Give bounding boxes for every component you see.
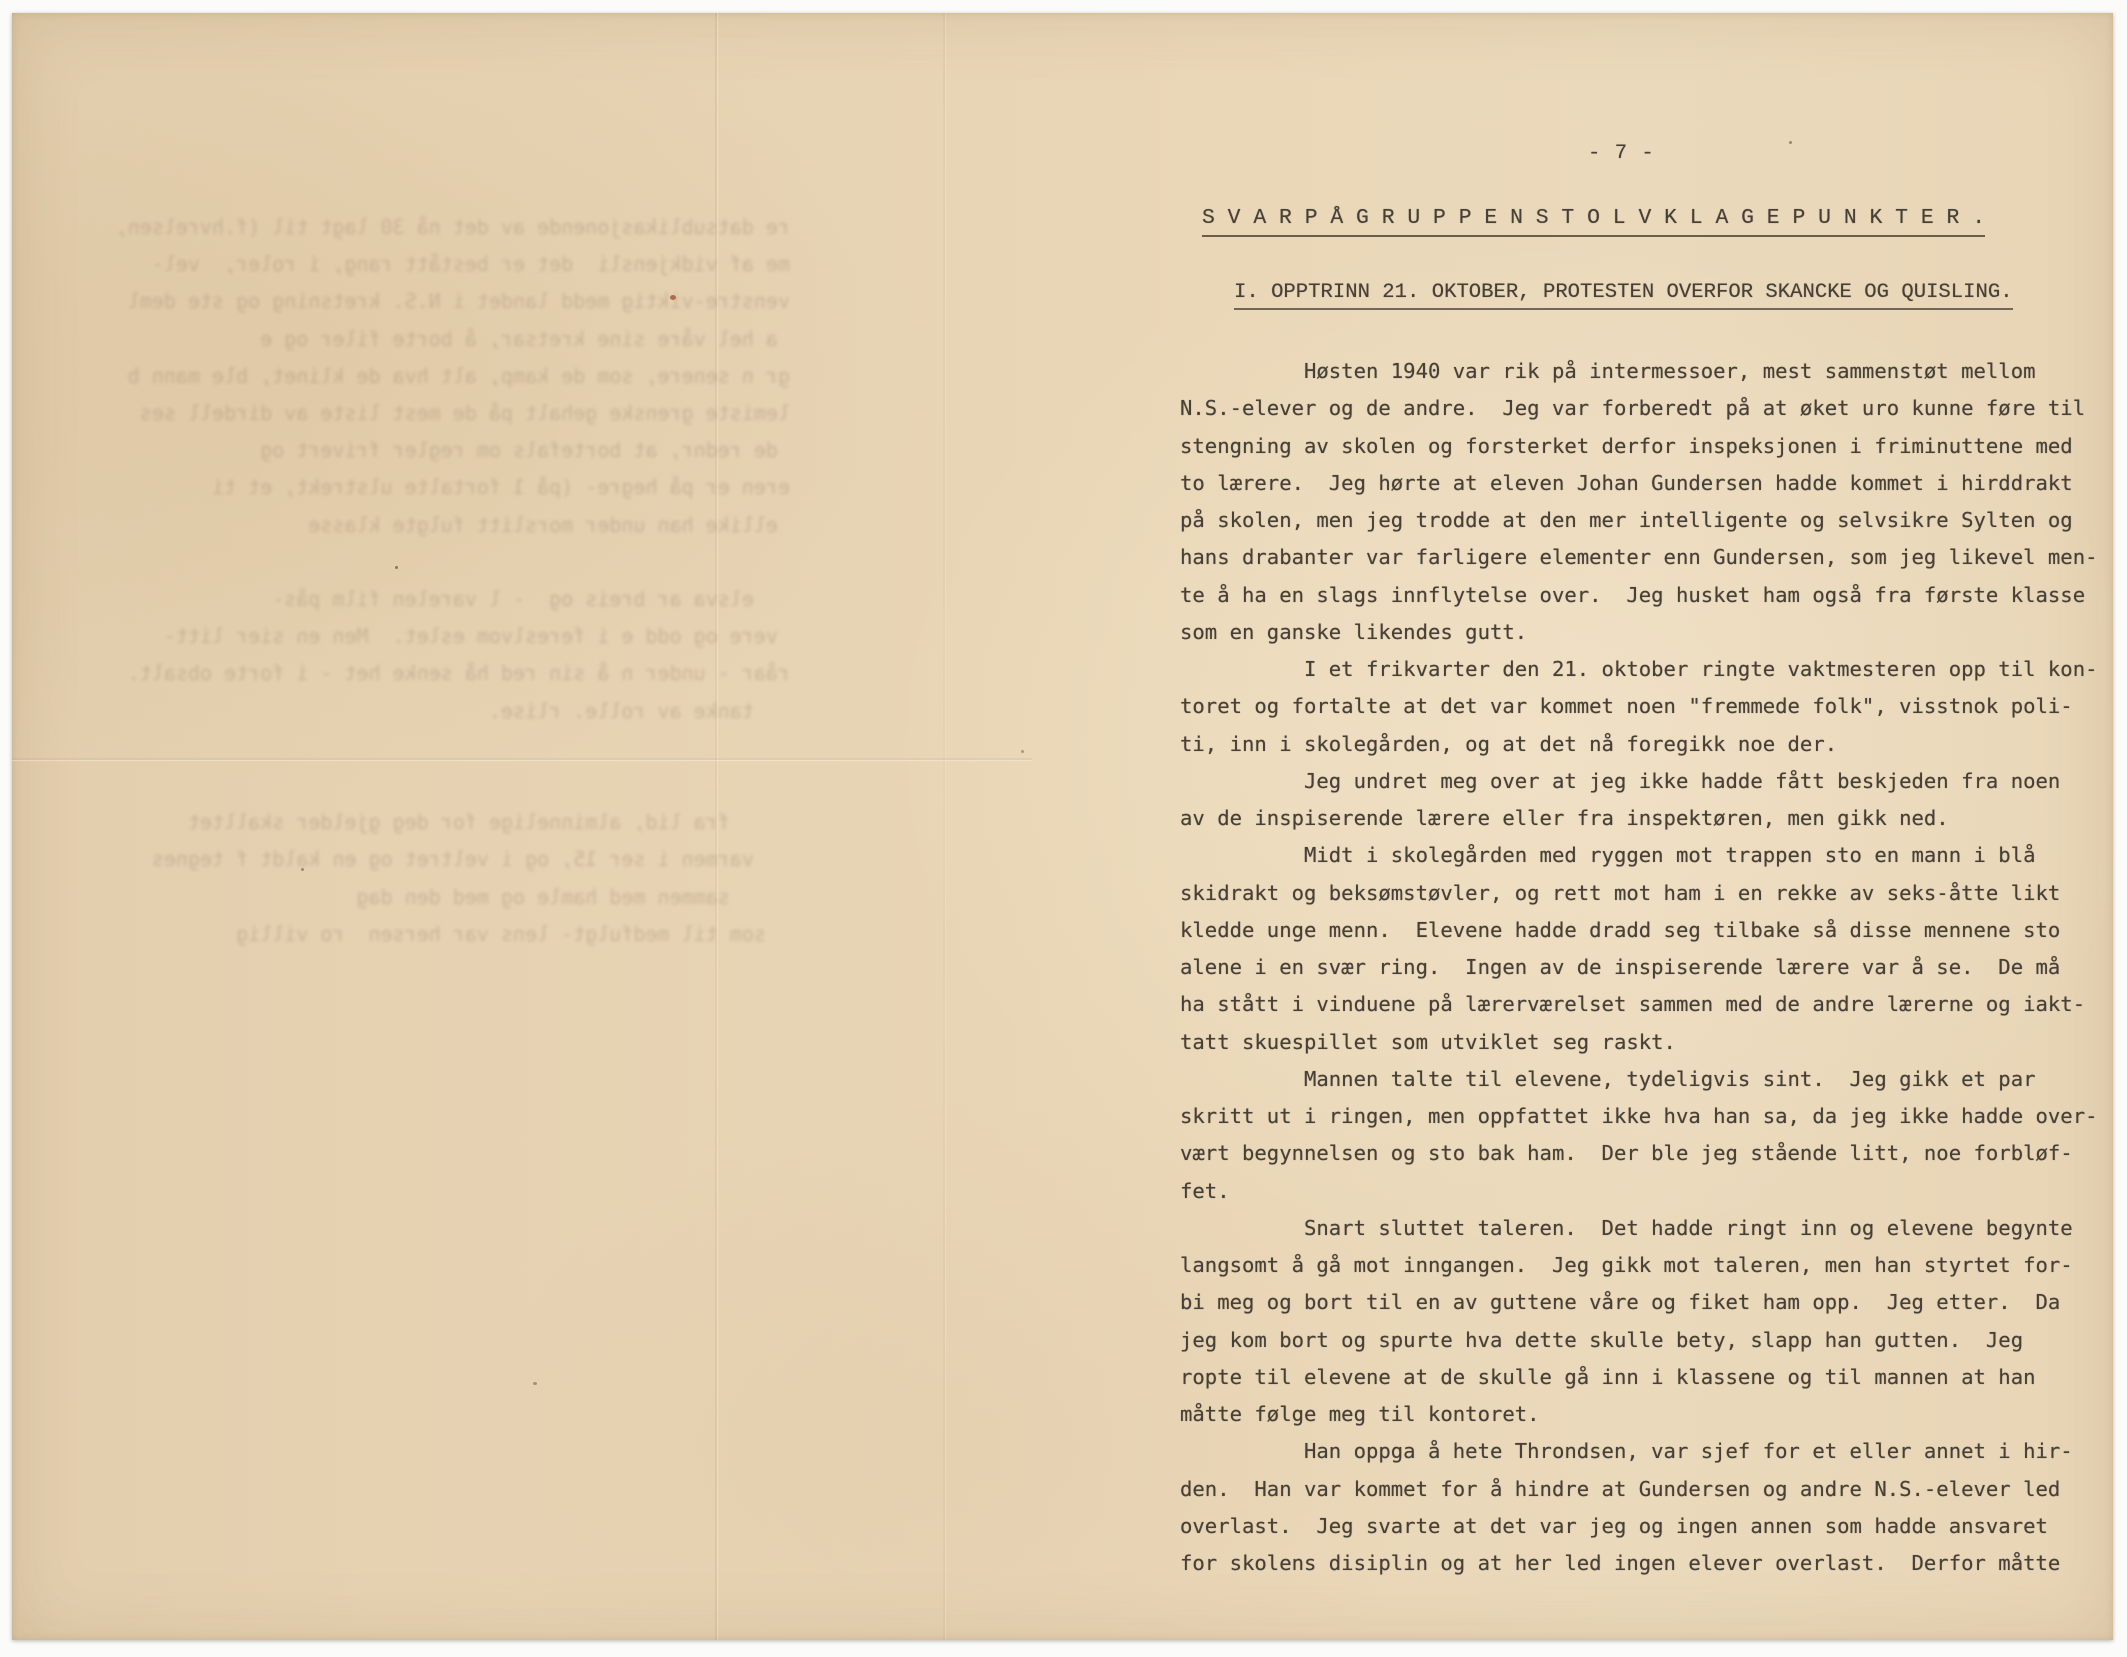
paper-stain: [670, 295, 676, 300]
vertical-crease: [943, 13, 945, 1640]
section-heading: I. OPPTRINN 21. OKTOBER, PROTESTEN OVERF…: [1234, 281, 2013, 310]
paper-speck: [301, 868, 304, 871]
page-number: - 7 -: [1588, 142, 1655, 165]
paper-speck: [1021, 750, 1024, 753]
bleedthrough-text: re datsublikasjonende av det nå 30 lagt …: [30, 209, 802, 953]
paper-speck: [395, 566, 398, 569]
document-title: S V A R P Å G R U P P E N S T O L V K L …: [1202, 206, 1985, 237]
scanned-document-spread: re datsublikasjonende av det nå 30 lagt …: [12, 13, 2113, 1640]
body-text: Høsten 1940 var rik på intermessoer, mes…: [1180, 353, 2098, 1582]
paper-speck: [1789, 141, 1792, 144]
paper-speck: [533, 1382, 537, 1385]
